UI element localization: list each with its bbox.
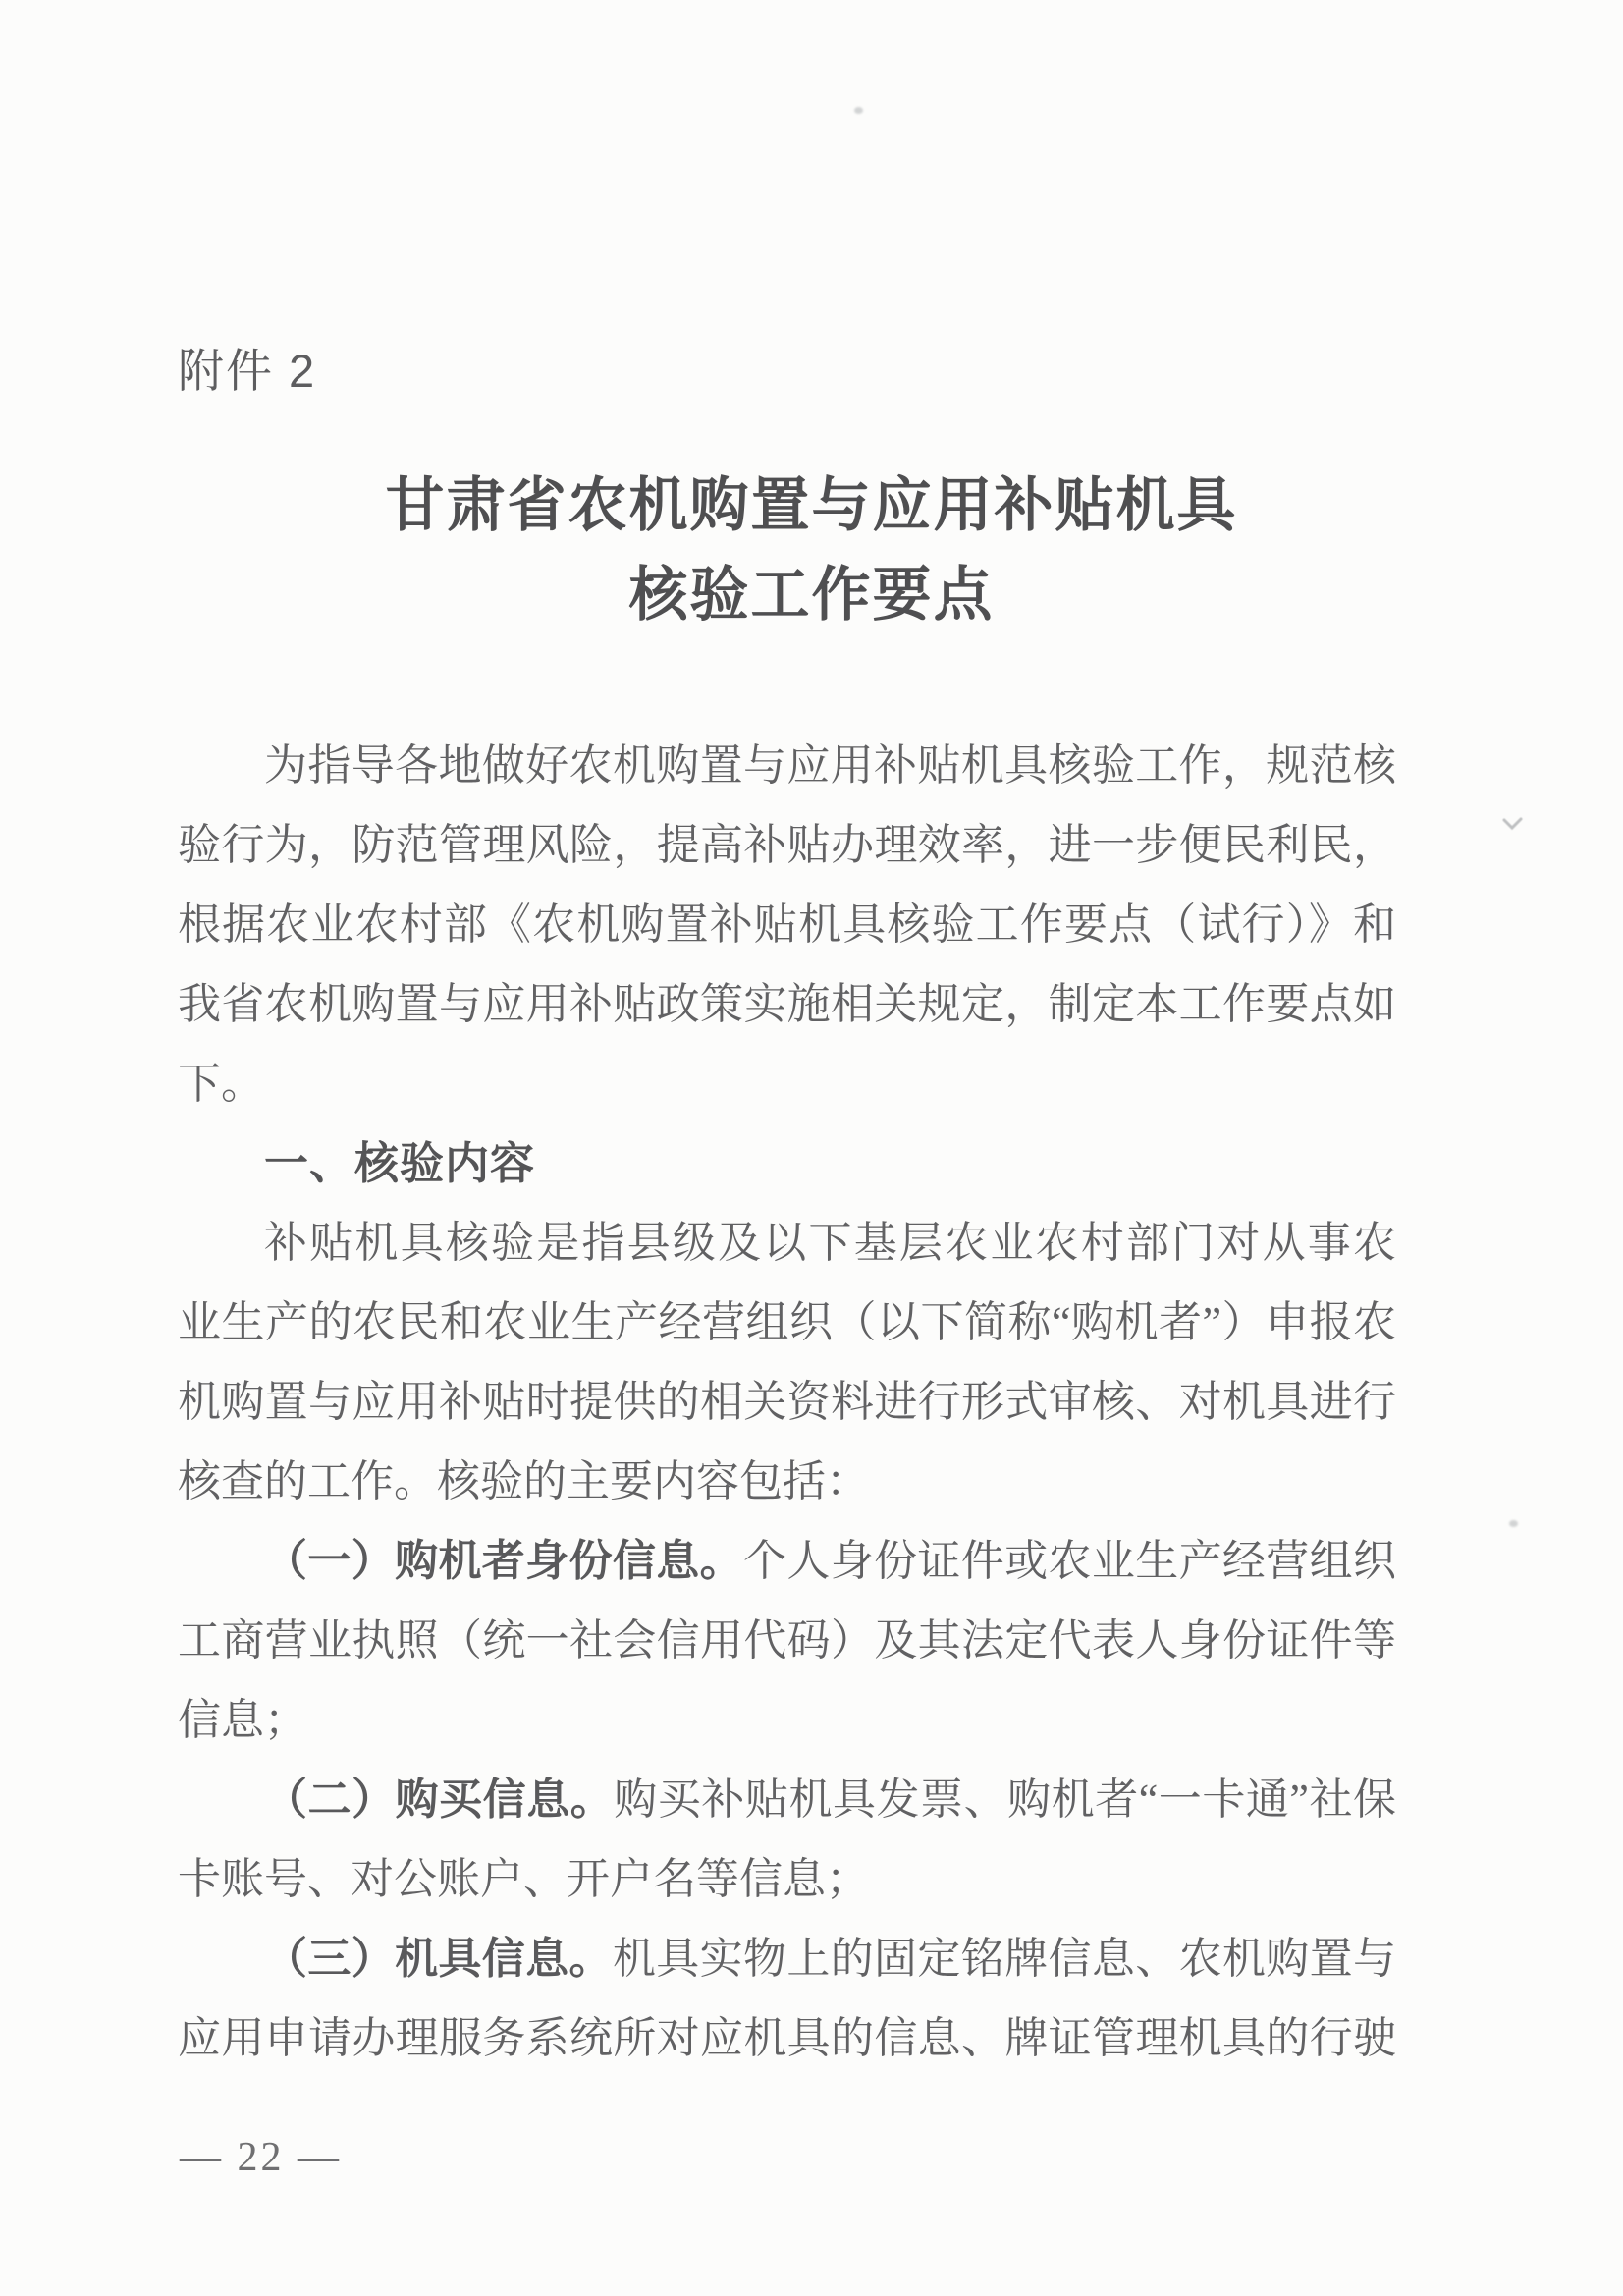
item-lead-bold: （一）购机者身份信息。	[264, 1537, 743, 1585]
body-line-text: 核查的工作。核验的主要内容包括：	[178, 1457, 869, 1505]
document-title-line2: 核验工作要点	[0, 551, 1623, 640]
body-line: 应用申请办理服务系统所对应机具的信息、牌证管理机具的行驶	[178, 1998, 1396, 2078]
page-number: — 22 —	[180, 2133, 342, 2182]
body-line-text: 为指导各地做好农机购置与应用补贴机具核验工作，规范核	[264, 741, 1396, 790]
section-heading-text: 一、核验内容	[264, 1138, 535, 1188]
body-line: 根据农业农村部《农机购置补贴机具核验工作要点（试行）》和	[178, 885, 1396, 964]
body-line-text: 工商营业执照（统一社会信用代码）及其法定代表人身份证件等	[178, 1616, 1396, 1665]
document-body: 为指导各地做好农机购置与应用补贴机具核验工作，规范核 验行为，防范管理风险，提高…	[178, 726, 1396, 2078]
scan-artifact-mark	[1502, 817, 1524, 838]
body-line-text: 验行为，防范管理风险，提高补贴办理效率，进一步便民利民，	[178, 821, 1396, 869]
body-line-text: 个人身份证件或农业生产经营组织	[743, 1537, 1396, 1585]
item-lead-bold: （三）机具信息。	[264, 1935, 613, 1983]
body-line-text: 购买补贴机具发票、购机者“一卡通”社保	[614, 1776, 1396, 1824]
item-lead-bold: （二）购买信息。	[264, 1776, 614, 1824]
body-line-item-3: （三）机具信息。机具实物上的固定铭牌信息、农机购置与	[178, 1919, 1396, 1998]
body-line: 业生产的农民和农业生产经营组织（以下简称“购机者”）申报农	[178, 1283, 1396, 1362]
body-line: 为指导各地做好农机购置与应用补贴机具核验工作，规范核	[178, 726, 1396, 805]
body-line-text: 机具实物上的固定铭牌信息、农机购置与	[613, 1935, 1396, 1983]
scan-artifact-dot	[1509, 1520, 1518, 1527]
body-line: 补贴机具核验是指县级及以下基层农业农村部门对从事农	[178, 1203, 1396, 1283]
body-line: 验行为，防范管理风险，提高补贴办理效率，进一步便民利民，	[178, 805, 1396, 885]
body-line: 我省农机购置与应用补贴政策实施相关规定，制定本工作要点如	[178, 964, 1396, 1044]
scan-artifact-dot	[854, 107, 863, 114]
body-line: 下。	[178, 1044, 1396, 1123]
body-line-item-1: （一）购机者身份信息。个人身份证件或农业生产经营组织	[178, 1521, 1396, 1601]
body-line-text: 根据农业农村部《农机购置补贴机具核验工作要点（试行）》和	[178, 901, 1396, 949]
body-line-text: 补贴机具核验是指县级及以下基层农业农村部门对从事农	[264, 1219, 1396, 1267]
scanned-document-page: 附件 2 甘肃省农机购置与应用补贴机具 核验工作要点 为指导各地做好农机购置与应…	[0, 0, 1623, 2296]
document-title: 甘肃省农机购置与应用补贴机具 核验工作要点	[0, 462, 1623, 640]
body-line-item-2: （二）购买信息。购买补贴机具发票、购机者“一卡通”社保	[178, 1760, 1396, 1839]
body-line-text: 我省农机购置与应用补贴政策实施相关规定，制定本工作要点如	[178, 980, 1396, 1028]
body-line: 核查的工作。核验的主要内容包括：	[178, 1442, 1396, 1521]
body-line-text: 业生产的农民和农业生产经营组织（以下简称“购机者”）申报农	[178, 1298, 1396, 1346]
body-line: 卡账号、对公账户、开户名等信息；	[178, 1839, 1396, 1919]
body-line-text: 信息；	[178, 1696, 307, 1744]
body-line: 机购置与应用补贴时提供的相关资料进行形式审核、对机具进行	[178, 1362, 1396, 1442]
body-line-text: 应用申请办理服务系统所对应机具的信息、牌证管理机具的行驶	[178, 2014, 1396, 2062]
body-line-text: 卡账号、对公账户、开户名等信息；	[178, 1855, 869, 1903]
attachment-label: 附件 2	[178, 343, 316, 400]
section-heading-verification-content: 一、核验内容	[178, 1123, 1396, 1203]
body-line: 信息；	[178, 1680, 1396, 1760]
body-line-text: 机购置与应用补贴时提供的相关资料进行形式审核、对机具进行	[178, 1378, 1396, 1426]
document-title-line1: 甘肃省农机购置与应用补贴机具	[0, 462, 1623, 551]
body-line-text: 下。	[178, 1060, 264, 1108]
body-line: 工商营业执照（统一社会信用代码）及其法定代表人身份证件等	[178, 1601, 1396, 1680]
